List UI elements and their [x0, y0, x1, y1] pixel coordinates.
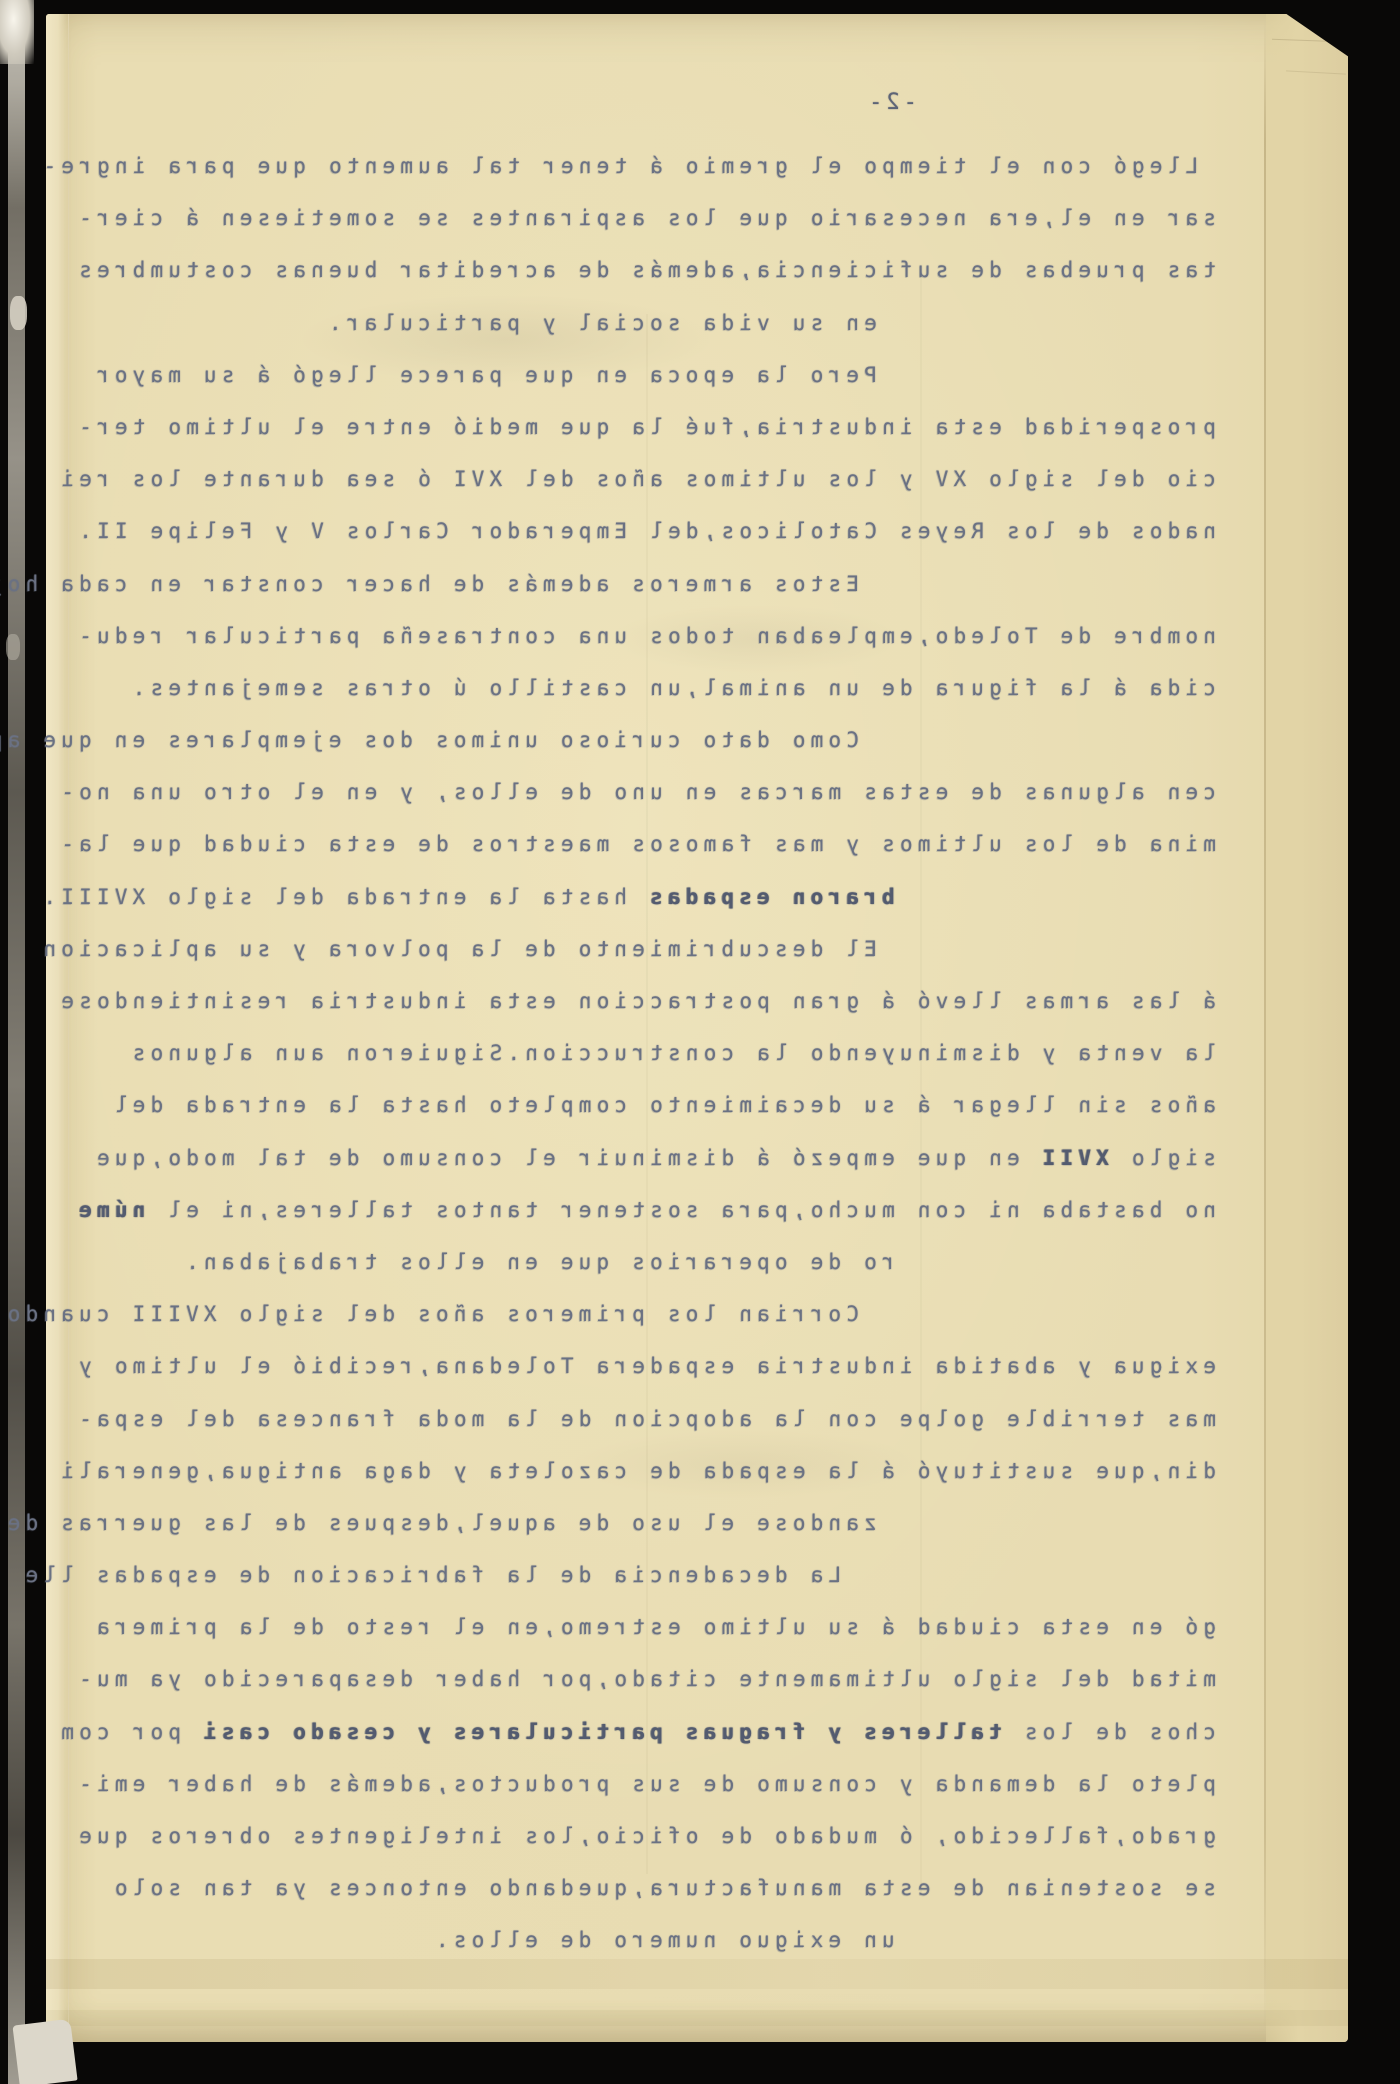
typed-line: El descubrimiento de la polvora y su apl…	[34, 923, 1216, 975]
typed-line: no bastaba ni con mucho,para sostener ta…	[34, 1184, 1216, 1236]
typed-line: cida á la figura de un animal,un castill…	[34, 662, 1216, 714]
typed-line: La decadencia de la fabricacion de espad…	[34, 1549, 1216, 1601]
underlying-page-edge-strip	[1266, 14, 1348, 2042]
typed-line: años sin llegar á su decaimiento complet…	[34, 1079, 1216, 1131]
typed-line: nombre de Toledo,empleaban todos una con…	[34, 610, 1216, 662]
typed-line: se sostenian de esta manufactura,quedand…	[34, 1862, 1216, 1914]
typed-line: mas terrible golpe con la adopcion de la…	[34, 1393, 1216, 1445]
typed-line: exigua y abatida industria espadera Tole…	[34, 1340, 1216, 1392]
gutter-paper-fleck	[10, 296, 27, 330]
typed-line: tas pruebas de suficiencia,además de acr…	[34, 244, 1216, 296]
typed-line: mitad del siglo ultimamente citado,por h…	[34, 1653, 1216, 1705]
typed-line: cio del siglo XV y los ultimos años del …	[34, 453, 1216, 505]
typed-line: zandose el uso de aquel,despues de las g…	[34, 1497, 1216, 1549]
typed-line: grado,fallecido, ó mudado de oficio,los …	[34, 1810, 1216, 1862]
typed-line: Llegó con el tiempo el gremio á tener ta…	[34, 140, 1216, 192]
typed-line: chos de los talleres y fraguas particula…	[34, 1706, 1216, 1758]
typed-line: ro de operarios que en ellos trabajaban.	[34, 1236, 1216, 1288]
typed-line: braron espadas hasta la entrada del sigl…	[34, 871, 1216, 923]
typed-line: siglo XVII en que empezó á disminuir el …	[34, 1132, 1216, 1184]
typed-line: un exiguo numero de ellos.	[34, 1914, 1216, 1966]
typed-line: en su vida social y particular.	[34, 297, 1216, 349]
page-number: -2-	[836, 90, 946, 115]
paper-scrap-bottom-left	[12, 2019, 77, 2084]
typed-line: Pero la epoca en que parece llegó á su m…	[34, 349, 1216, 401]
scanned-document-page: { "page": { "number_label": "-2-", "mirr…	[0, 0, 1400, 2084]
typed-line: prosperidad esta industria,fué la que me…	[34, 401, 1216, 453]
torn-top-right-corner	[1285, 13, 1349, 57]
typed-line: cen algunas de estas marcas en uno de el…	[34, 766, 1216, 818]
typed-line: mina de los ultimos y mas famosos maestr…	[34, 818, 1216, 870]
horizontal-stain-band	[46, 2010, 1348, 2026]
typed-line: sar en el,era necesario que los aspirant…	[34, 192, 1216, 244]
typed-line: pleto la demanda y consumo de sus produc…	[34, 1758, 1216, 1810]
vertical-fold-crease	[1264, 20, 1266, 2032]
typed-line: Estos armeros además de hacer constar en…	[34, 558, 1216, 610]
typed-line: nados de los Reyes Catolicos,del Emperad…	[34, 505, 1216, 557]
typewritten-text-block: Llegó con el tiempo el gremio á tener ta…	[34, 140, 1216, 1967]
typed-line: din,que sustituyó á la espada de cazolet…	[34, 1445, 1216, 1497]
typed-line: Como dato curioso unimos dos ejemplares …	[34, 714, 1216, 766]
typed-line: la venta y disminuyendo la construccion.…	[34, 1027, 1216, 1079]
typed-line: Corrian los primeros años del siglo XVII…	[34, 1288, 1216, 1340]
typed-line: á las armas llevó á gran postraccion est…	[34, 975, 1216, 1027]
gutter-highlight-top	[0, 0, 34, 64]
gutter-paper-fleck	[6, 634, 20, 660]
typed-line: gó en esta ciudad á su ultimo estremo,en…	[34, 1601, 1216, 1653]
